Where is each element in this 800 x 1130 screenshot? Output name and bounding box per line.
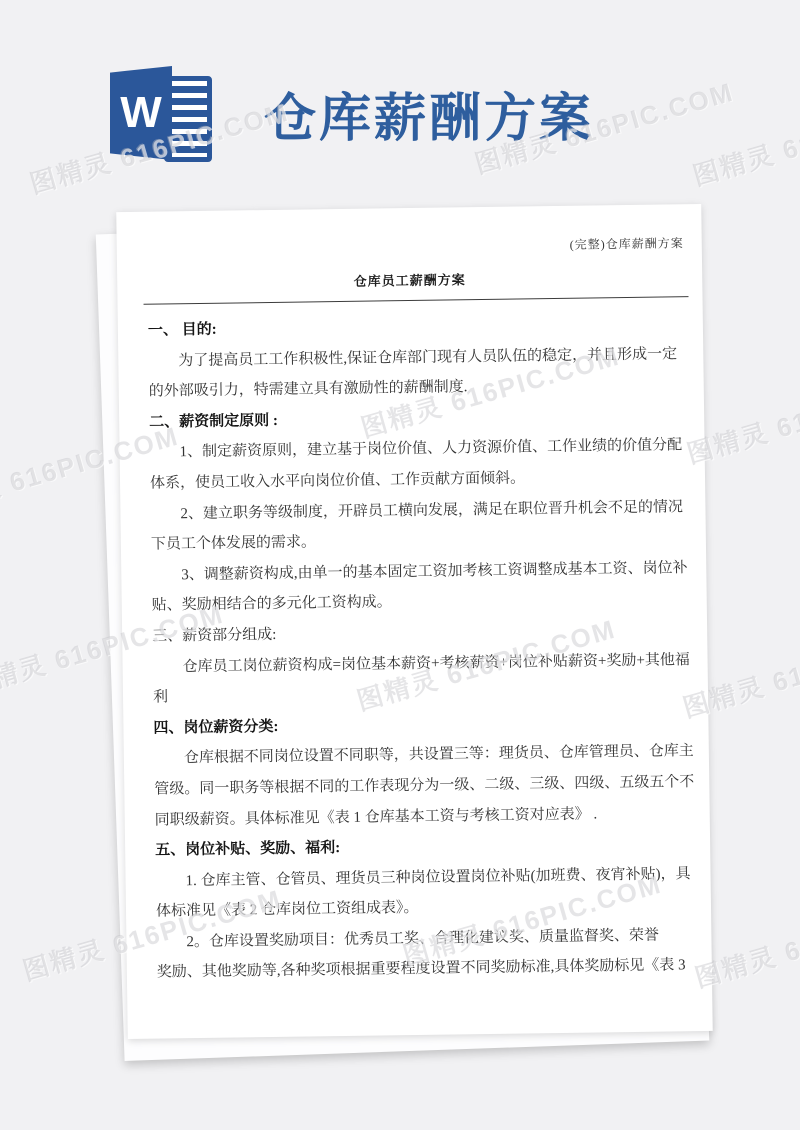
document-title: 仓库员工薪酬方案 (117, 266, 702, 293)
document-header-right: (完整)仓库薪酬方案 (570, 234, 684, 253)
title-banner: W 仓库薪酬方案 (110, 66, 594, 160)
word-icon-letter: W (120, 91, 162, 135)
word-icon-w-panel: W (110, 66, 172, 160)
document-page: (完整)仓库薪酬方案 仓库员工薪酬方案 一、 目的: 为了提高员工工作积极性,保… (116, 204, 712, 1039)
watermark-text: 图精灵 616PIC.COM (688, 84, 800, 193)
doc-line: 奖励、其他奖励等,各种奖项根据重要程度设置不同奖励标准,具体奖励标见《表 3 (157, 951, 696, 989)
word-icon: W (110, 66, 212, 160)
page-title: 仓库薪酬方案 (264, 76, 594, 151)
header-rule (144, 296, 689, 305)
document-body: 一、 目的: 为了提高员工工作积极性,保证仓库部门现有人员队伍的稳定，并且形成一… (148, 308, 697, 1028)
